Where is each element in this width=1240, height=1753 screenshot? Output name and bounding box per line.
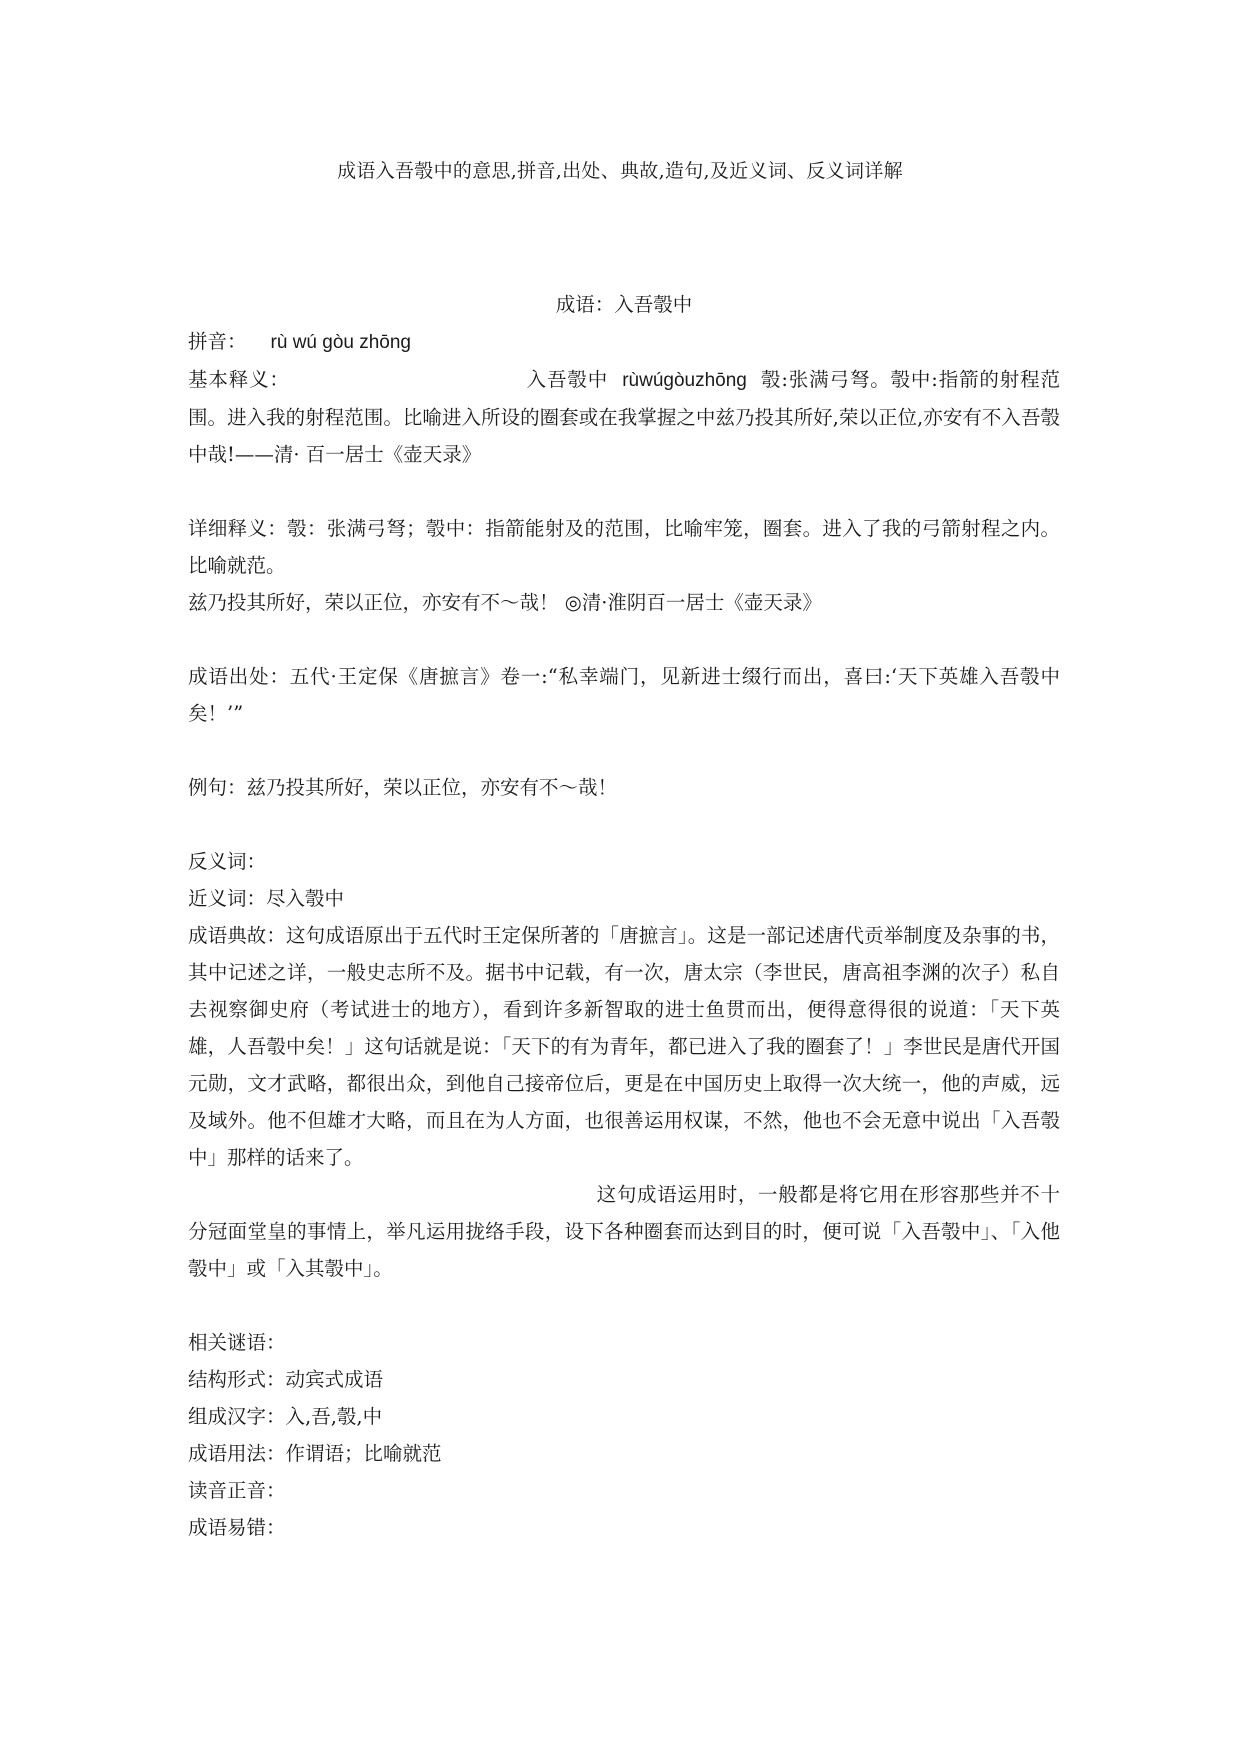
related-riddle-line: 相关谜语： [188, 1324, 1060, 1361]
basic-meaning-paragraph: 基本释义：入吾彀中 rùwúgòuzhōng 彀:张满弓弩。彀中:指箭的射程范围… [188, 361, 1060, 473]
basic-meaning-pinyin: rùwúgòuzhōng [622, 370, 747, 391]
story-paragraph: 成语典故：这句成语原出于五代时王定保所著的「唐摭言」。这是一部记述唐代贡举制度及… [188, 917, 1060, 1176]
document-title: 成语入吾彀中的意思,拼音,出处、典故,造句,及近义词、反义词详解 [0, 156, 1240, 183]
pinyin-label: 拼音： [188, 330, 247, 353]
story-usage-text: 这句成语运用时，一般都是将它用在形容那些并不十分冠面堂皇的事情上，举凡运用拢络手… [188, 1183, 1060, 1280]
basic-meaning-label: 基本释义： [188, 368, 290, 391]
antonyms-line: 反义词： [188, 843, 1060, 880]
spacer [188, 1287, 1060, 1324]
source-paragraph: 成语出处：五代·王定保《唐摭言》卷一:“私幸端门，见新进士缀行而出，喜曰:‘天下… [188, 658, 1060, 732]
spacer [188, 621, 1060, 658]
pinyin-line: 拼音：rù wú gòu zhōng [188, 323, 1060, 361]
document-body: 成语：入吾彀中 拼音：rù wú gòu zhōng 基本释义：入吾彀中 rùw… [188, 286, 1060, 1546]
idiom-heading: 成语：入吾彀中 [188, 286, 1060, 323]
detailed-meaning-example: 兹乃投其所好，荣以正位，亦安有不～哉！ ◎清·淮阴百一居士《壶天录》 [188, 584, 1060, 621]
spacer [188, 806, 1060, 843]
spacer [188, 732, 1060, 769]
document-page: 成语入吾彀中的意思,拼音,出处、典故,造句,及近义词、反义词详解 成语：入吾彀中… [0, 0, 1240, 1753]
characters-line: 组成汉字：入,吾,彀,中 [188, 1398, 1060, 1435]
common-errors-line: 成语易错： [188, 1509, 1060, 1546]
pinyin-value: rù wú gòu zhōng [271, 332, 412, 353]
spacer [188, 473, 1060, 510]
example-sentence: 例句：兹乃投其所好，荣以正位，亦安有不～哉！ [188, 769, 1060, 806]
detailed-meaning-paragraph: 详细释义：彀：张满弓弩；彀中：指箭能射及的范围，比喻牢笼，圈套。进入了我的弓箭射… [188, 510, 1060, 584]
basic-meaning-idiom: 入吾彀中 [526, 368, 608, 391]
usage-line: 成语用法：作谓语；比喻就范 [188, 1435, 1060, 1472]
pronunciation-line: 读音正音： [188, 1472, 1060, 1509]
structure-line: 结构形式：动宾式成语 [188, 1361, 1060, 1398]
story-usage-paragraph: 这句成语运用时，一般都是将它用在形容那些并不十分冠面堂皇的事情上，举凡运用拢络手… [188, 1176, 1060, 1287]
synonyms-line: 近义词：尽入彀中 [188, 880, 1060, 917]
